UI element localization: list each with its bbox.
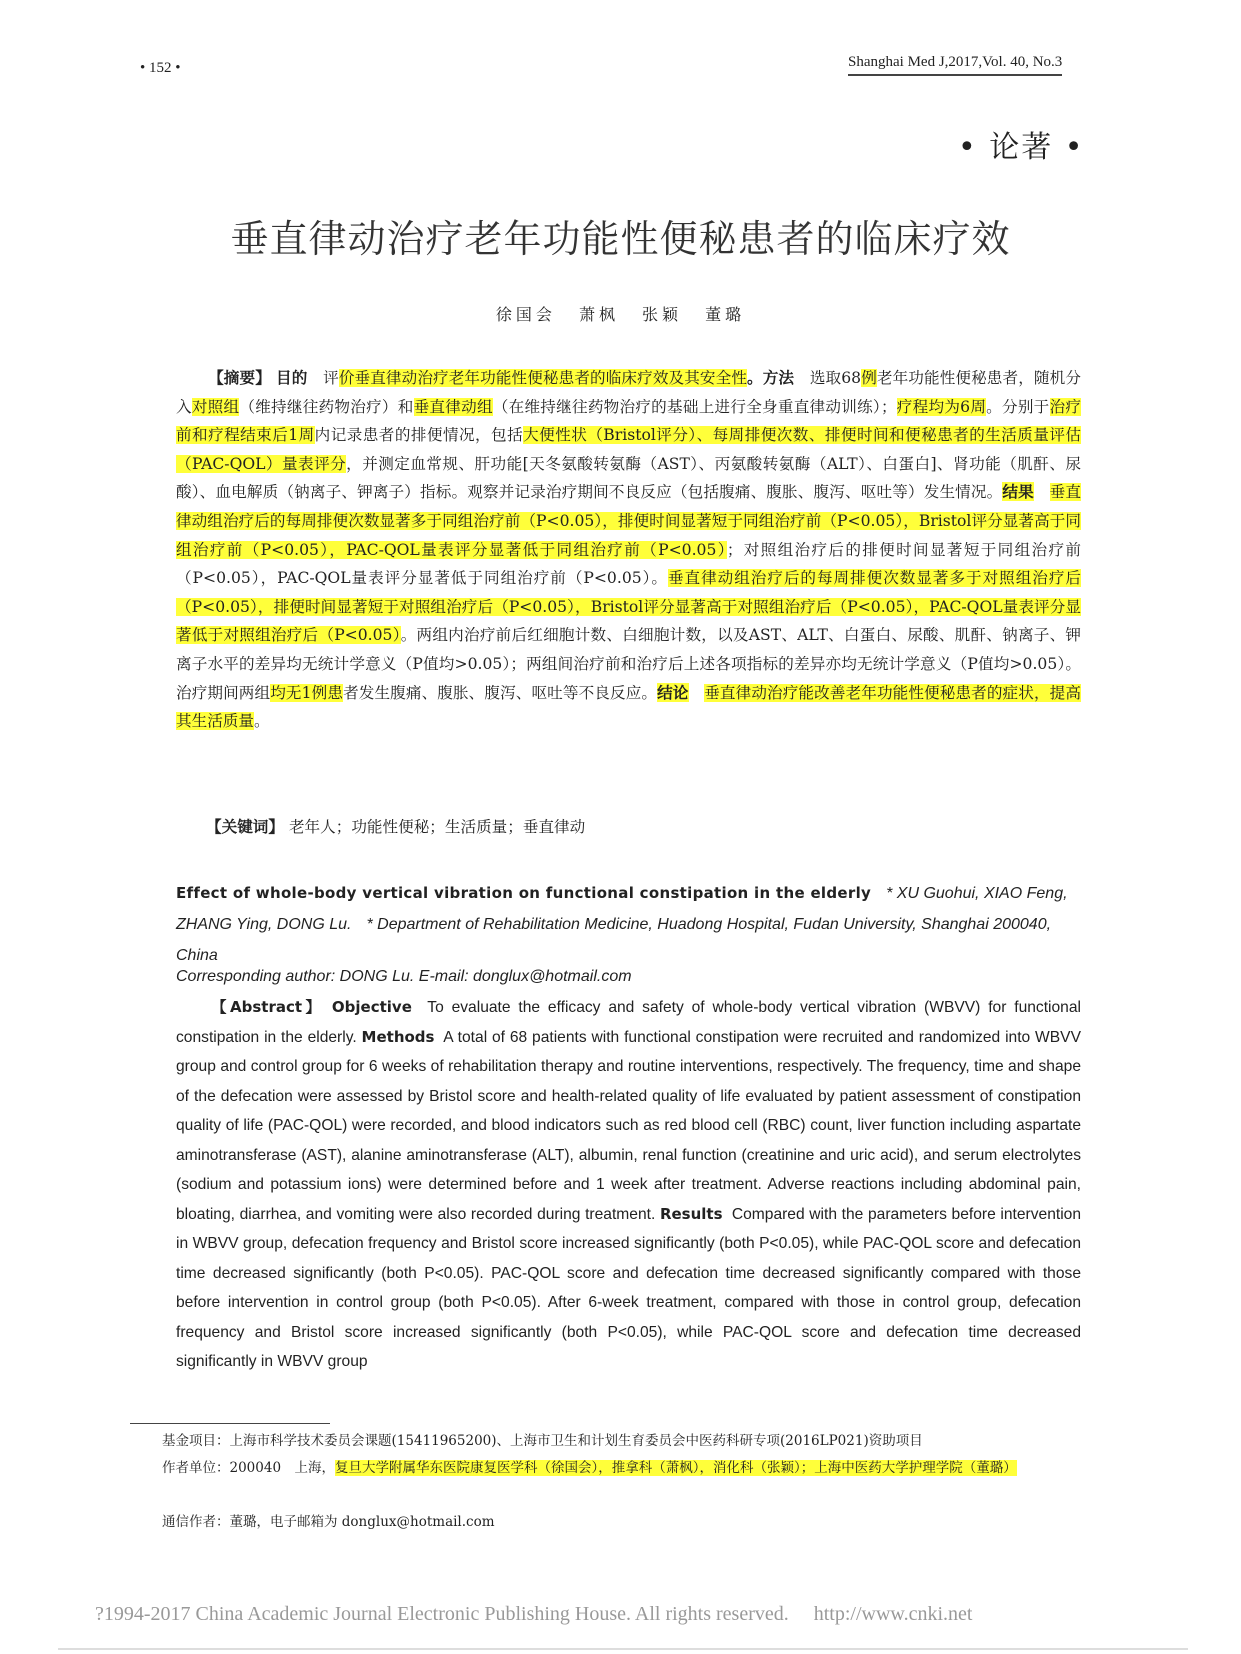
- abstract-text: （在维持继往药物治疗的基础上进行全身重直律动训练）；: [493, 398, 897, 416]
- corresponding-author: Corresponding author: DONG Lu. E-mail: d…: [176, 968, 632, 986]
- funding-text: 基金项目：上海市科学技术委员会课题(15411965200)、上海市卫生和计划生…: [162, 1433, 923, 1449]
- highlighted-text: 均无1例患: [270, 684, 343, 702]
- abstract-text: Compared with the parameters before inte…: [176, 1206, 1081, 1371]
- highlighted-text: 对照组: [192, 398, 240, 416]
- correspondence-text: 通信作者：董璐，电子邮箱为 donglux@hotmail.com: [162, 1514, 495, 1530]
- english-title: Effect of whole-body vertical vibration …: [176, 884, 871, 902]
- abstract-text: 选取68: [810, 369, 861, 387]
- copyright-notice: ?1994-2017 China Academic Journal Electr…: [95, 1597, 972, 1626]
- highlighted-text: 价垂直律动治疗老年功能性便秘患者的临床疗效及其安全性: [339, 369, 747, 387]
- chinese-abstract: 【摘要】 目的 评价垂直律动治疗老年功能性便秘患者的临床疗效及其安全性。方法 选…: [176, 364, 1081, 736]
- correspondence-note: 通信作者：董璐，电子邮箱为 donglux@hotmail.com: [130, 1509, 1090, 1536]
- objective-label: 目的: [276, 368, 307, 387]
- page-number: • 152 •: [140, 60, 181, 77]
- english-title-block: Effect of whole-body vertical vibration …: [176, 878, 1081, 971]
- author: 张颖: [642, 305, 682, 324]
- abstract-text: 。分别于: [986, 398, 1049, 416]
- footnote-divider: [130, 1423, 330, 1424]
- author: 萧枫: [579, 305, 619, 324]
- highlighted-text: 疗程均为6周: [897, 398, 987, 416]
- affiliation-text: 作者单位：200040 上海，: [162, 1460, 335, 1476]
- highlighted-text: 垂直律动组: [414, 398, 493, 416]
- journal-info: Shanghai Med J,2017,Vol. 40, No.3: [848, 54, 1062, 76]
- conclusion-label: 结论: [657, 683, 688, 702]
- abstract-label: 【Abstract】: [208, 998, 324, 1016]
- highlighted-text: 例: [861, 369, 877, 387]
- article-title: 垂直律动治疗老年功能性便秘患者的临床疗效: [0, 208, 1241, 263]
- methods-label: 。方法: [747, 368, 794, 387]
- methods-label: Methods: [362, 1028, 435, 1046]
- abstract-text: 评: [323, 369, 339, 387]
- keywords-label: 【关键词】: [206, 817, 284, 836]
- funding-note: 基金项目：上海市科学技术委员会课题(15411965200)、上海市卫生和计划生…: [130, 1428, 1090, 1455]
- abstract-text: 者发生腹痛、腹胀、腹泻、呕吐等不良反应。: [343, 684, 657, 702]
- author: 董璐: [705, 305, 745, 324]
- results-label: 结果: [1002, 482, 1033, 501]
- objective-label: Objective: [332, 998, 412, 1016]
- affiliation-note: 作者单位：200040 上海，复旦大学附属华东医院康复医学科（徐国会），推拿科（…: [130, 1455, 1090, 1482]
- abstract-text: 。: [254, 712, 270, 730]
- highlighted-text: 复旦大学附属华东医院康复医学科（徐国会），推拿科（萧枫），消化科（张颖）；上海中…: [335, 1460, 1017, 1476]
- abstract-text: （维持继往药物治疗）和: [239, 398, 413, 416]
- page-bottom-divider: [58, 1648, 1188, 1650]
- keywords-text: 老年人；功能性便秘；生活质量；垂直律动: [289, 818, 585, 836]
- author: 徐国会: [496, 305, 556, 324]
- abstract-label: 【摘要】: [208, 368, 271, 387]
- english-abstract: 【Abstract】 Objective To evaluate the eff…: [176, 993, 1081, 1377]
- author-list: 徐国会 萧枫 张颖 董璐: [0, 302, 1241, 325]
- abstract-text: 内记录患者的排便情况，包括: [315, 426, 523, 444]
- keywords: 【关键词】 老年人；功能性便秘；生活质量；垂直律动: [206, 815, 585, 837]
- abstract-text: A total of 68 patients with functional c…: [176, 1029, 1081, 1223]
- section-label: • 论著 •: [958, 122, 1084, 166]
- results-label: Results: [660, 1205, 723, 1223]
